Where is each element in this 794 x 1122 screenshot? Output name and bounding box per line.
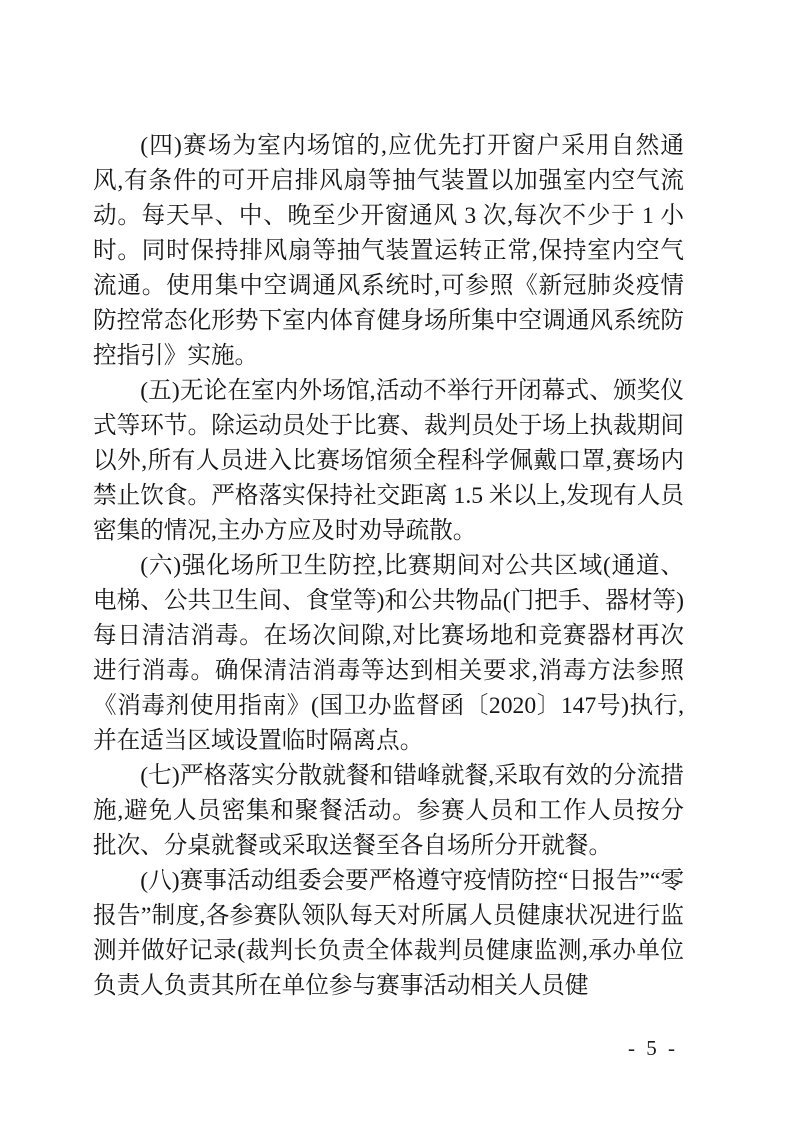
paragraph-item-4: (四)赛场为室内场馆的,应优先打开窗户采用自然通风,有条件的可开启排风扇等抽气装…: [93, 129, 684, 374]
paragraph-item-6: (六)强化场所卫生防控,比赛期间对公共区域(通道、电梯、公共卫生间、食堂等)和公…: [93, 549, 684, 759]
document-page: (四)赛场为室内场馆的,应优先打开窗户采用自然通风,有条件的可开启排风扇等抽气装…: [0, 0, 794, 1122]
paragraph-item-7: (七)严格落实分散就餐和错峰就餐,采取有效的分流措施,避免人员密集和聚餐活动。参…: [93, 759, 684, 864]
paragraph-item-5: (五)无论在室内外场馆,活动不举行开闭幕式、颁奖仪式等环节。除运动员处于比赛、裁…: [93, 374, 684, 549]
document-body: (四)赛场为室内场馆的,应优先打开窗户采用自然通风,有条件的可开启排风扇等抽气装…: [93, 129, 684, 1004]
page-number: - 5 -: [628, 1036, 678, 1061]
paragraph-item-8: (八)赛事活动组委会要严格遵守疫情防控“日报告”“零报告”制度,各参赛队领队每天…: [93, 864, 684, 1004]
